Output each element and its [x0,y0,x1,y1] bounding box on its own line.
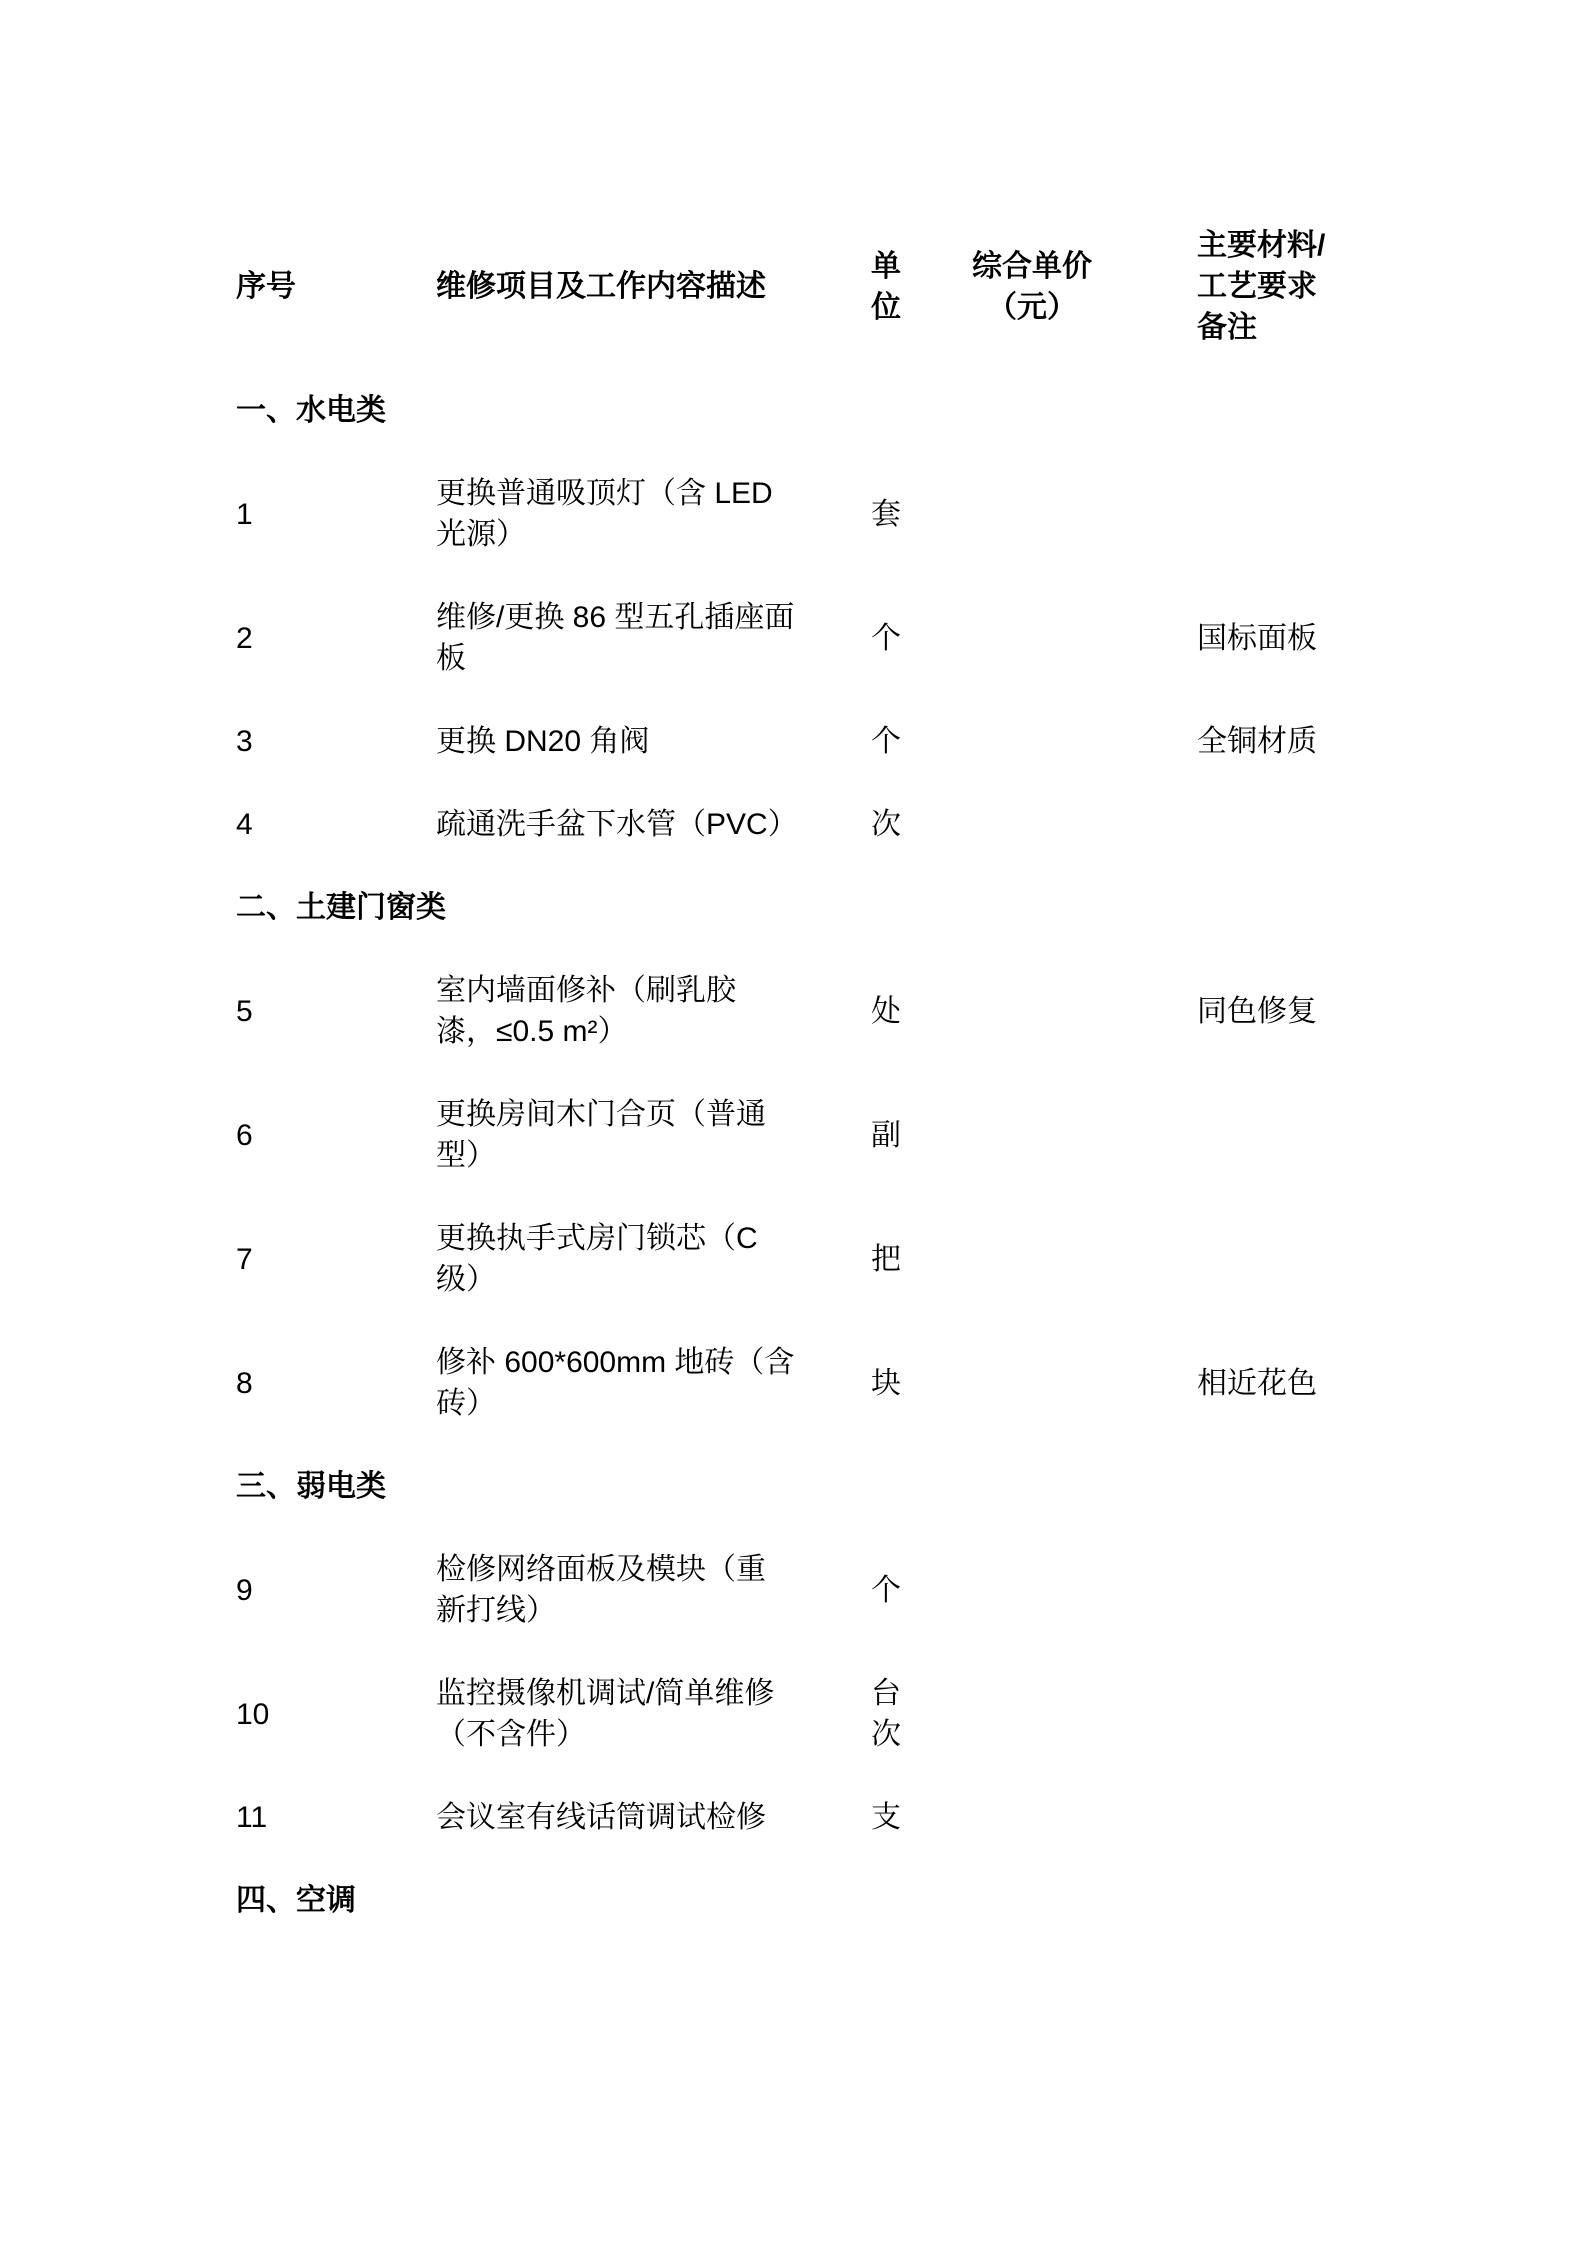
row-number: 2 [235,576,435,700]
row-price [922,783,1137,866]
section-row: 四、空调 [235,1859,1352,1942]
row-number: 3 [235,700,435,783]
header-unit: 单位 [870,204,922,369]
table-row: 3 更换 DN20 角阀 个 全铜材质 [235,700,1352,783]
document-page: 序号 维修项目及工作内容描述 单位 综合单价（元） 主要材料/工艺要求 备注 一… [0,0,1587,2245]
price-list-content: 序号 维修项目及工作内容描述 单位 综合单价（元） 主要材料/工艺要求 备注 一… [235,204,1352,1942]
table-row: 8 修补 600*600mm 地砖（含砖） 块 相近花色 [235,1321,1352,1445]
price-table: 序号 维修项目及工作内容描述 单位 综合单价（元） 主要材料/工艺要求 备注 一… [235,204,1352,1942]
row-material: 同色修复 [1137,949,1352,1073]
table-row: 6 更换房间木门合页（普通型） 副 [235,1073,1352,1197]
table-header-row: 序号 维修项目及工作内容描述 单位 综合单价（元） 主要材料/工艺要求 备注 [235,204,1352,369]
row-description: 室内墙面修补（刷乳胶漆，≤0.5 m²） [435,949,870,1073]
section-title: 四、空调 [235,1859,1352,1942]
header-price: 综合单价（元） [922,204,1137,369]
row-description: 疏通洗手盆下水管（PVC） [435,783,870,866]
table-row: 9 检修网络面板及模块（重新打线） 个 [235,1528,1352,1652]
row-unit: 支 [870,1776,922,1859]
row-description: 更换普通吸顶灯（含 LED 光源） [435,452,870,576]
row-price [922,576,1137,700]
row-number: 8 [235,1321,435,1445]
section-row: 一、水电类 [235,369,1352,452]
row-unit: 个 [870,1528,922,1652]
row-price [922,1652,1137,1776]
row-unit: 把 [870,1197,922,1321]
row-description: 更换 DN20 角阀 [435,700,870,783]
row-unit: 套 [870,452,922,576]
row-material [1137,1528,1352,1652]
row-unit: 块 [870,1321,922,1445]
row-description: 会议室有线话筒调试检修 [435,1776,870,1859]
row-number: 11 [235,1776,435,1859]
row-price [922,452,1137,576]
row-number: 7 [235,1197,435,1321]
table-row: 7 更换执手式房门锁芯（C 级） 把 [235,1197,1352,1321]
row-unit: 处 [870,949,922,1073]
row-material: 全铜材质 [1137,700,1352,783]
row-unit: 台次 [870,1652,922,1776]
row-description: 维修/更换 86 型五孔插座面板 [435,576,870,700]
row-description: 修补 600*600mm 地砖（含砖） [435,1321,870,1445]
row-price [922,1073,1137,1197]
table-row: 10 监控摄像机调试/简单维修（不含件） 台次 [235,1652,1352,1776]
row-description: 检修网络面板及模块（重新打线） [435,1528,870,1652]
row-price [922,1197,1137,1321]
section-title: 一、水电类 [235,369,1352,452]
row-price [922,700,1137,783]
row-number: 5 [235,949,435,1073]
row-description: 监控摄像机调试/简单维修（不含件） [435,1652,870,1776]
row-number: 1 [235,452,435,576]
table-row: 1 更换普通吸顶灯（含 LED 光源） 套 [235,452,1352,576]
section-row: 二、土建门窗类 [235,866,1352,949]
row-material [1137,1073,1352,1197]
table-row: 4 疏通洗手盆下水管（PVC） 次 [235,783,1352,866]
row-material [1137,783,1352,866]
row-description: 更换房间木门合页（普通型） [435,1073,870,1197]
row-price [922,1321,1137,1445]
header-material: 主要材料/工艺要求 备注 [1137,204,1352,369]
section-row: 三、弱电类 [235,1445,1352,1528]
table-row: 11 会议室有线话筒调试检修 支 [235,1776,1352,1859]
row-number: 6 [235,1073,435,1197]
row-unit: 副 [870,1073,922,1197]
table-row: 2 维修/更换 86 型五孔插座面板 个 国标面板 [235,576,1352,700]
row-price [922,1528,1137,1652]
row-number: 9 [235,1528,435,1652]
section-title: 三、弱电类 [235,1445,1352,1528]
row-material [1137,1652,1352,1776]
row-unit: 次 [870,783,922,866]
row-price [922,949,1137,1073]
header-description: 维修项目及工作内容描述 [435,204,870,369]
section-title: 二、土建门窗类 [235,866,1352,949]
table-row: 5 室内墙面修补（刷乳胶漆，≤0.5 m²） 处 同色修复 [235,949,1352,1073]
row-material [1137,1776,1352,1859]
row-material: 相近花色 [1137,1321,1352,1445]
row-unit: 个 [870,700,922,783]
row-price [922,1776,1137,1859]
row-number: 4 [235,783,435,866]
row-material [1137,452,1352,576]
row-material: 国标面板 [1137,576,1352,700]
header-seq: 序号 [235,204,435,369]
row-description: 更换执手式房门锁芯（C 级） [435,1197,870,1321]
row-unit: 个 [870,576,922,700]
row-number: 10 [235,1652,435,1776]
row-material [1137,1197,1352,1321]
